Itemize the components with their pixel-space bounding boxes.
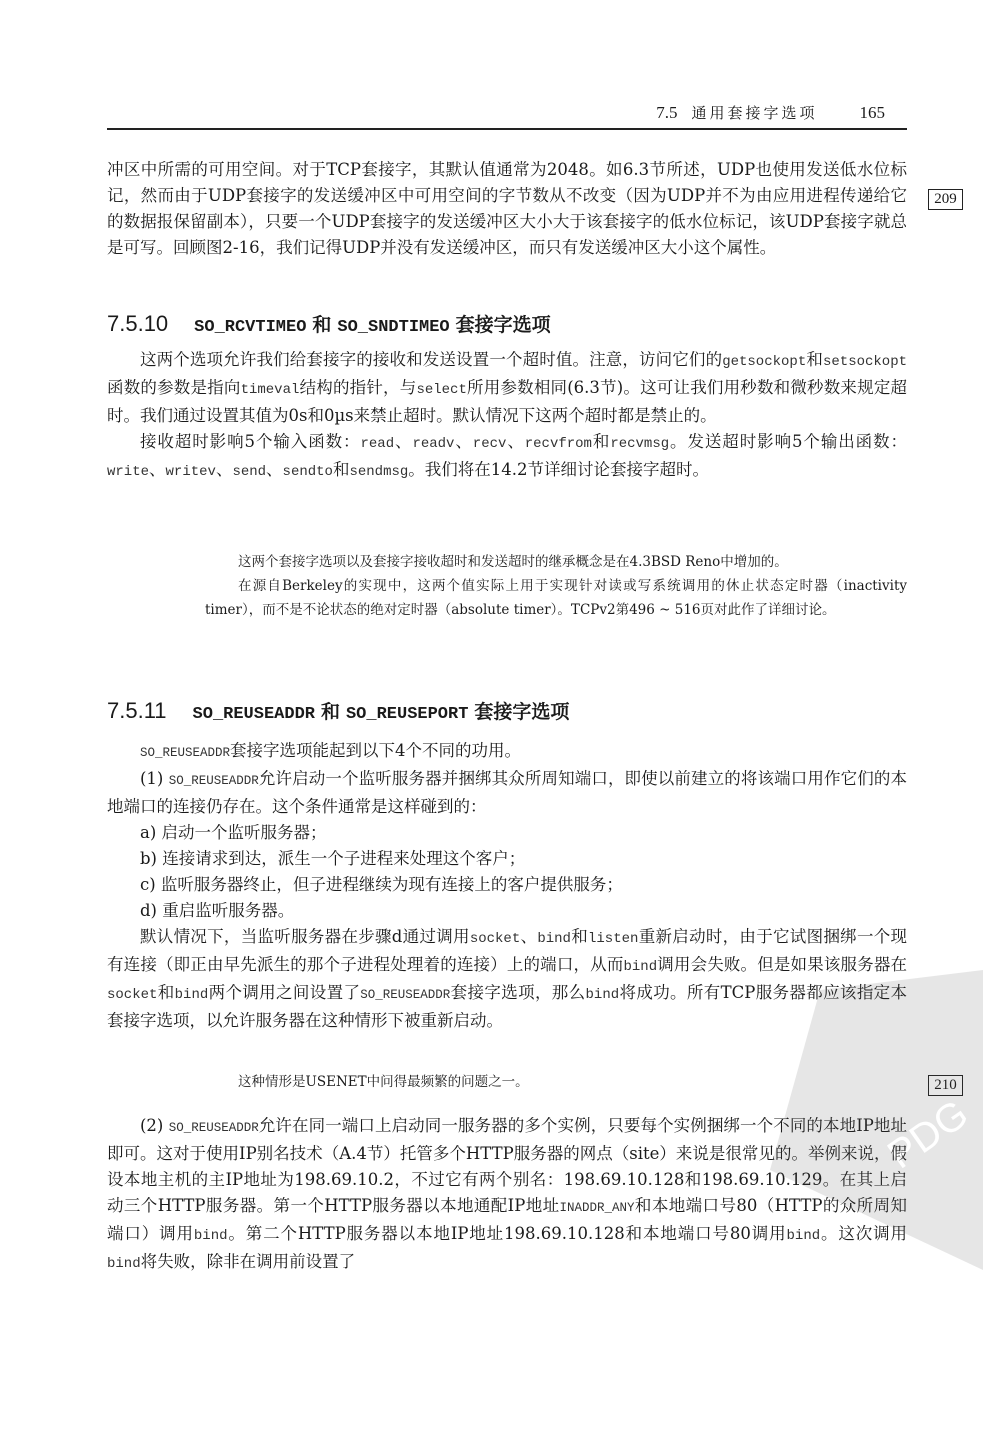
book-page: 7.5 通用套接字选项 165 冲区中所需的可用空间。对于TCP套接字，其默认值… (0, 0, 983, 1447)
section-number: 7.5.11 (107, 698, 167, 724)
section-heading-7-5-11: 7.5.11 SO_REUSEADDR 和 SO_REUSEPORT 套接字选项 (107, 697, 575, 724)
section-7-5-11-body: SO_REUSEADDR套接字选项能起到以下4个不同的功用。 (1) SO_RE… (107, 738, 907, 1034)
paragraph-reuseaddr-use-2: (2) SO_REUSEADDR允许在同一端口上启动同一服务器的多个实例，只要每… (107, 1113, 907, 1277)
code-timeval: timeval (241, 382, 300, 398)
note-usenet: 这种情形是USENET中问得最频繁的问题之一。 (205, 1070, 907, 1094)
list-item: a) 启动一个监听服务器； (107, 820, 907, 846)
code-getsockopt: getsockopt (722, 354, 806, 370)
section-code-1: SO_RCVTIMEO (194, 318, 306, 337)
paragraph-reuseaddr-intro: SO_REUSEADDR套接字选项能起到以下4个不同的功用。 (107, 738, 907, 766)
header-section-number: 7.5 (656, 103, 677, 123)
list-item: c) 监听服务器终止，但子进程继续为现有连接上的客户提供服务； (107, 872, 907, 898)
list-item: d) 重启监听服务器。 (107, 898, 907, 924)
paragraph-default-behavior: 默认情况下，当监听服务器在步骤d通过调用socket、bind和listen重新… (107, 924, 907, 1034)
list-item: b) 连接请求到达，派生一个子进程来处理这个客户； (107, 846, 907, 872)
section-heading-7-5-10: 7.5.10 SO_RCVTIMEO 和 SO_SNDTIMEO 套接字选项 (107, 310, 557, 337)
intro-paragraph: 冲区中所需的可用空间。对于TCP套接字，其默认值通常为2048。如6.3节所述，… (107, 157, 907, 261)
section-code-1: SO_REUSEADDR (193, 705, 315, 724)
page-number: 165 (860, 103, 886, 123)
section-and: 和 (312, 310, 331, 337)
section-number: 7.5.10 (107, 311, 168, 337)
note-block-usenet: 这种情形是USENET中问得最频繁的问题之一。 (205, 1070, 907, 1094)
paragraph-reuseaddr-use-1: (1) SO_REUSEADDR允许启动一个监听服务器并捆绑其众所周知端口，即使… (107, 766, 907, 820)
section-7-5-11-body-cont: (2) SO_REUSEADDR允许在同一端口上启动同一服务器的多个实例，只要每… (107, 1113, 907, 1277)
code-setsockopt: setsockopt (823, 354, 907, 370)
paragraph-timeout-functions: 接收超时影响5个输入函数：read、readv、recv、recvfrom和re… (107, 429, 907, 485)
paragraph-timeout-intro: 这两个选项允许我们给套接字的接收和发送设置一个超时值。注意，访问它们的getso… (107, 347, 907, 429)
running-header: 7.5 通用套接字选项 165 (107, 98, 907, 130)
header-section-title: 通用套接字选项 (691, 102, 817, 123)
note-reno: 这两个套接字选项以及套接字接收超时和发送超时的继承概念是在4.3BSD Reno… (205, 550, 907, 574)
section-7-5-10-body: 这两个选项允许我们给套接字的接收和发送设置一个超时值。注意，访问它们的getso… (107, 347, 907, 485)
section-title-suffix: 套接字选项 (456, 310, 551, 337)
section-code-2: SO_SNDTIMEO (337, 318, 449, 337)
section-title-suffix: 套接字选项 (474, 697, 569, 724)
section-code-2: SO_REUSEPORT (346, 705, 468, 724)
intro-paragraph-block: 冲区中所需的可用空间。对于TCP套接字，其默认值通常为2048。如6.3节所述，… (107, 157, 907, 261)
margin-page-ref-210: 210 (928, 1075, 963, 1096)
section-and: 和 (321, 697, 340, 724)
code-select: select (416, 382, 466, 398)
note-block-timeouts: 这两个套接字选项以及套接字接收超时和发送超时的继承概念是在4.3BSD Reno… (205, 550, 907, 622)
margin-page-ref-209: 209 (928, 189, 963, 210)
note-berkeley: 在源自Berkeley的实现中，这两个值实际上用于实现针对读或写系统调用的休止状… (205, 574, 907, 622)
